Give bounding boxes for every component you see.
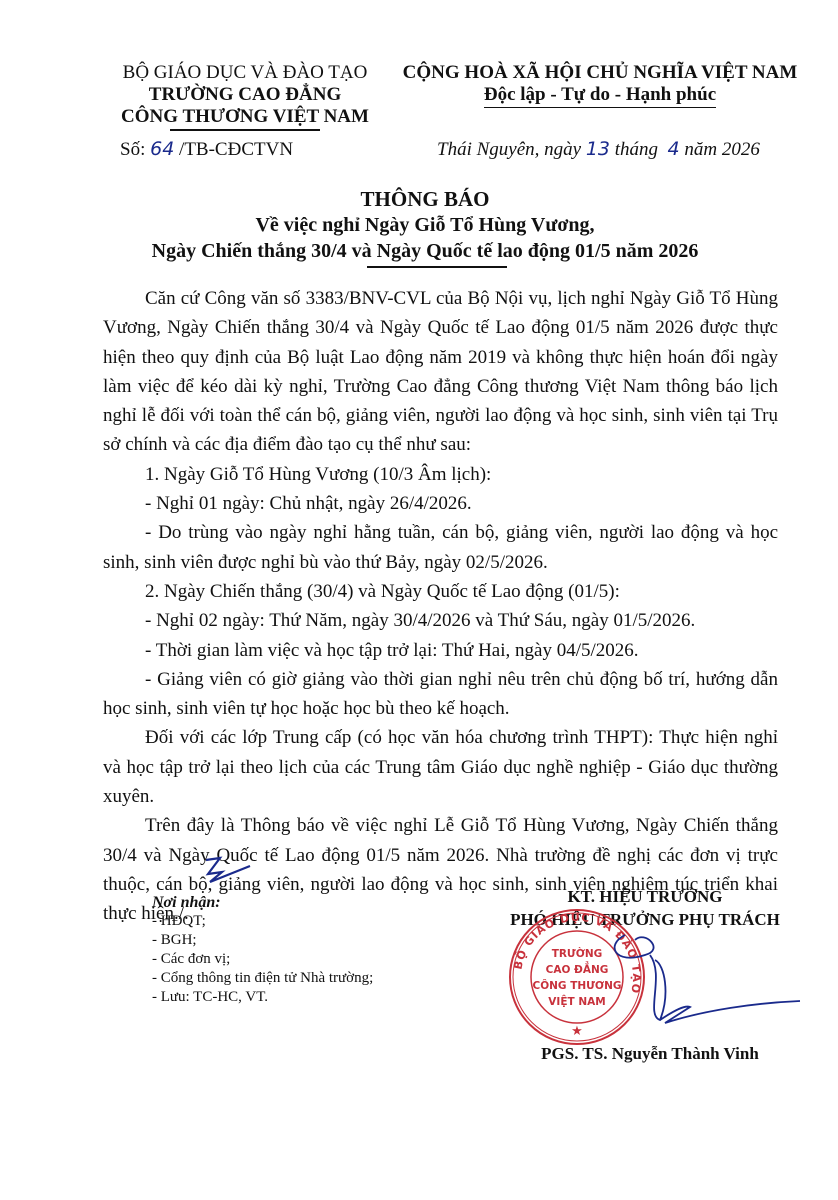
issue-date: Thái Nguyên, ngày 13 tháng 4 năm 2026	[437, 138, 760, 161]
issuer-underline	[170, 129, 320, 131]
handwritten-number: 64	[150, 138, 174, 160]
handwritten-month: 4	[668, 138, 680, 160]
document-number: Số: 64 /TB-CĐCTVN	[120, 138, 293, 161]
issuer-block: BỘ GIÁO DỤC VÀ ĐÀO TẠO TRƯỜNG CAO ĐẲNG C…	[95, 62, 395, 131]
recipients-label: Nơi nhận:	[152, 893, 373, 912]
ministry-name: BỘ GIÁO DỤC VÀ ĐÀO TẠO	[95, 62, 395, 84]
country-name: CỘNG HOÀ XÃ HỘI CHỦ NGHĨA VIỆT NAM	[395, 62, 805, 84]
title-subtitle-2: Ngày Chiến thắng 30/4 và Ngày Quốc tế la…	[100, 238, 750, 264]
intermediate-note: Đối với các lớp Trung cấp (có học văn hó…	[103, 723, 778, 811]
svg-text:VIỆT NAM: VIỆT NAM	[548, 995, 605, 1008]
section-1-title: 1. Ngày Giỗ Tổ Hùng Vương (10/3 Âm lịch)…	[103, 460, 778, 489]
section-1-item: - Nghỉ 01 ngày: Chủ nhật, ngày 26/4/2026…	[103, 489, 778, 518]
handwritten-signature-icon	[605, 925, 805, 1045]
recipient-item: - Lưu: TC-HC, VT.	[152, 988, 373, 1007]
title-underline	[367, 266, 507, 268]
school-name-line2: CÔNG THƯƠNG VIỆT NAM	[121, 106, 369, 127]
document-body: Căn cứ Công văn số 3383/BNV-CVL của Bộ N…	[103, 284, 778, 929]
section-2-item: - Nghỉ 02 ngày: Thứ Năm, ngày 30/4/2026 …	[103, 606, 778, 635]
recipient-item: - BGH;	[152, 931, 373, 950]
section-2-item: - Giảng viên có giờ giảng vào thời gian …	[103, 665, 778, 724]
school-name-line1: TRƯỜNG CAO ĐẲNG	[95, 84, 395, 106]
section-2-title: 2. Ngày Chiến thắng (30/4) và Ngày Quốc …	[103, 577, 778, 606]
recipients-block: Nơi nhận: - HĐQT; - BGH; - Các đơn vị; -…	[152, 893, 373, 1007]
handwritten-day: 13	[586, 138, 610, 160]
signer-name: PGS. TS. Nguyễn Thành Vinh	[500, 1044, 800, 1064]
document-title: THÔNG BÁO Về việc nghỉ Ngày Giỗ Tổ Hùng …	[100, 186, 750, 268]
section-2-item: - Thời gian làm việc và học tập trở lại:…	[103, 636, 778, 665]
national-header: CỘNG HOÀ XÃ HỘI CHỦ NGHĨA VIỆT NAM Độc l…	[395, 62, 805, 108]
svg-text:★: ★	[571, 1023, 583, 1038]
recipient-item: - Cổng thông tin điện tử Nhà trường;	[152, 969, 373, 988]
title-subtitle-1: Về việc nghỉ Ngày Giỗ Tổ Hùng Vương,	[100, 212, 750, 238]
recipient-item: - HĐQT;	[152, 912, 373, 931]
signature-line-1: KT. HIỆU TRƯỞNG	[480, 885, 810, 908]
initials-scribble-icon	[200, 852, 260, 888]
motto: Độc lập - Tự do - Hạnh phúc	[484, 84, 716, 108]
section-1-item: - Do trùng vào ngày nghỉ hằng tuần, cán …	[103, 518, 778, 577]
title-heading: THÔNG BÁO	[100, 186, 750, 212]
svg-text:CAO ĐẲNG: CAO ĐẲNG	[546, 961, 609, 976]
intro-paragraph: Căn cứ Công văn số 3383/BNV-CVL của Bộ N…	[103, 284, 778, 460]
recipient-item: - Các đơn vị;	[152, 950, 373, 969]
svg-text:TRƯỜNG: TRƯỜNG	[552, 947, 603, 960]
